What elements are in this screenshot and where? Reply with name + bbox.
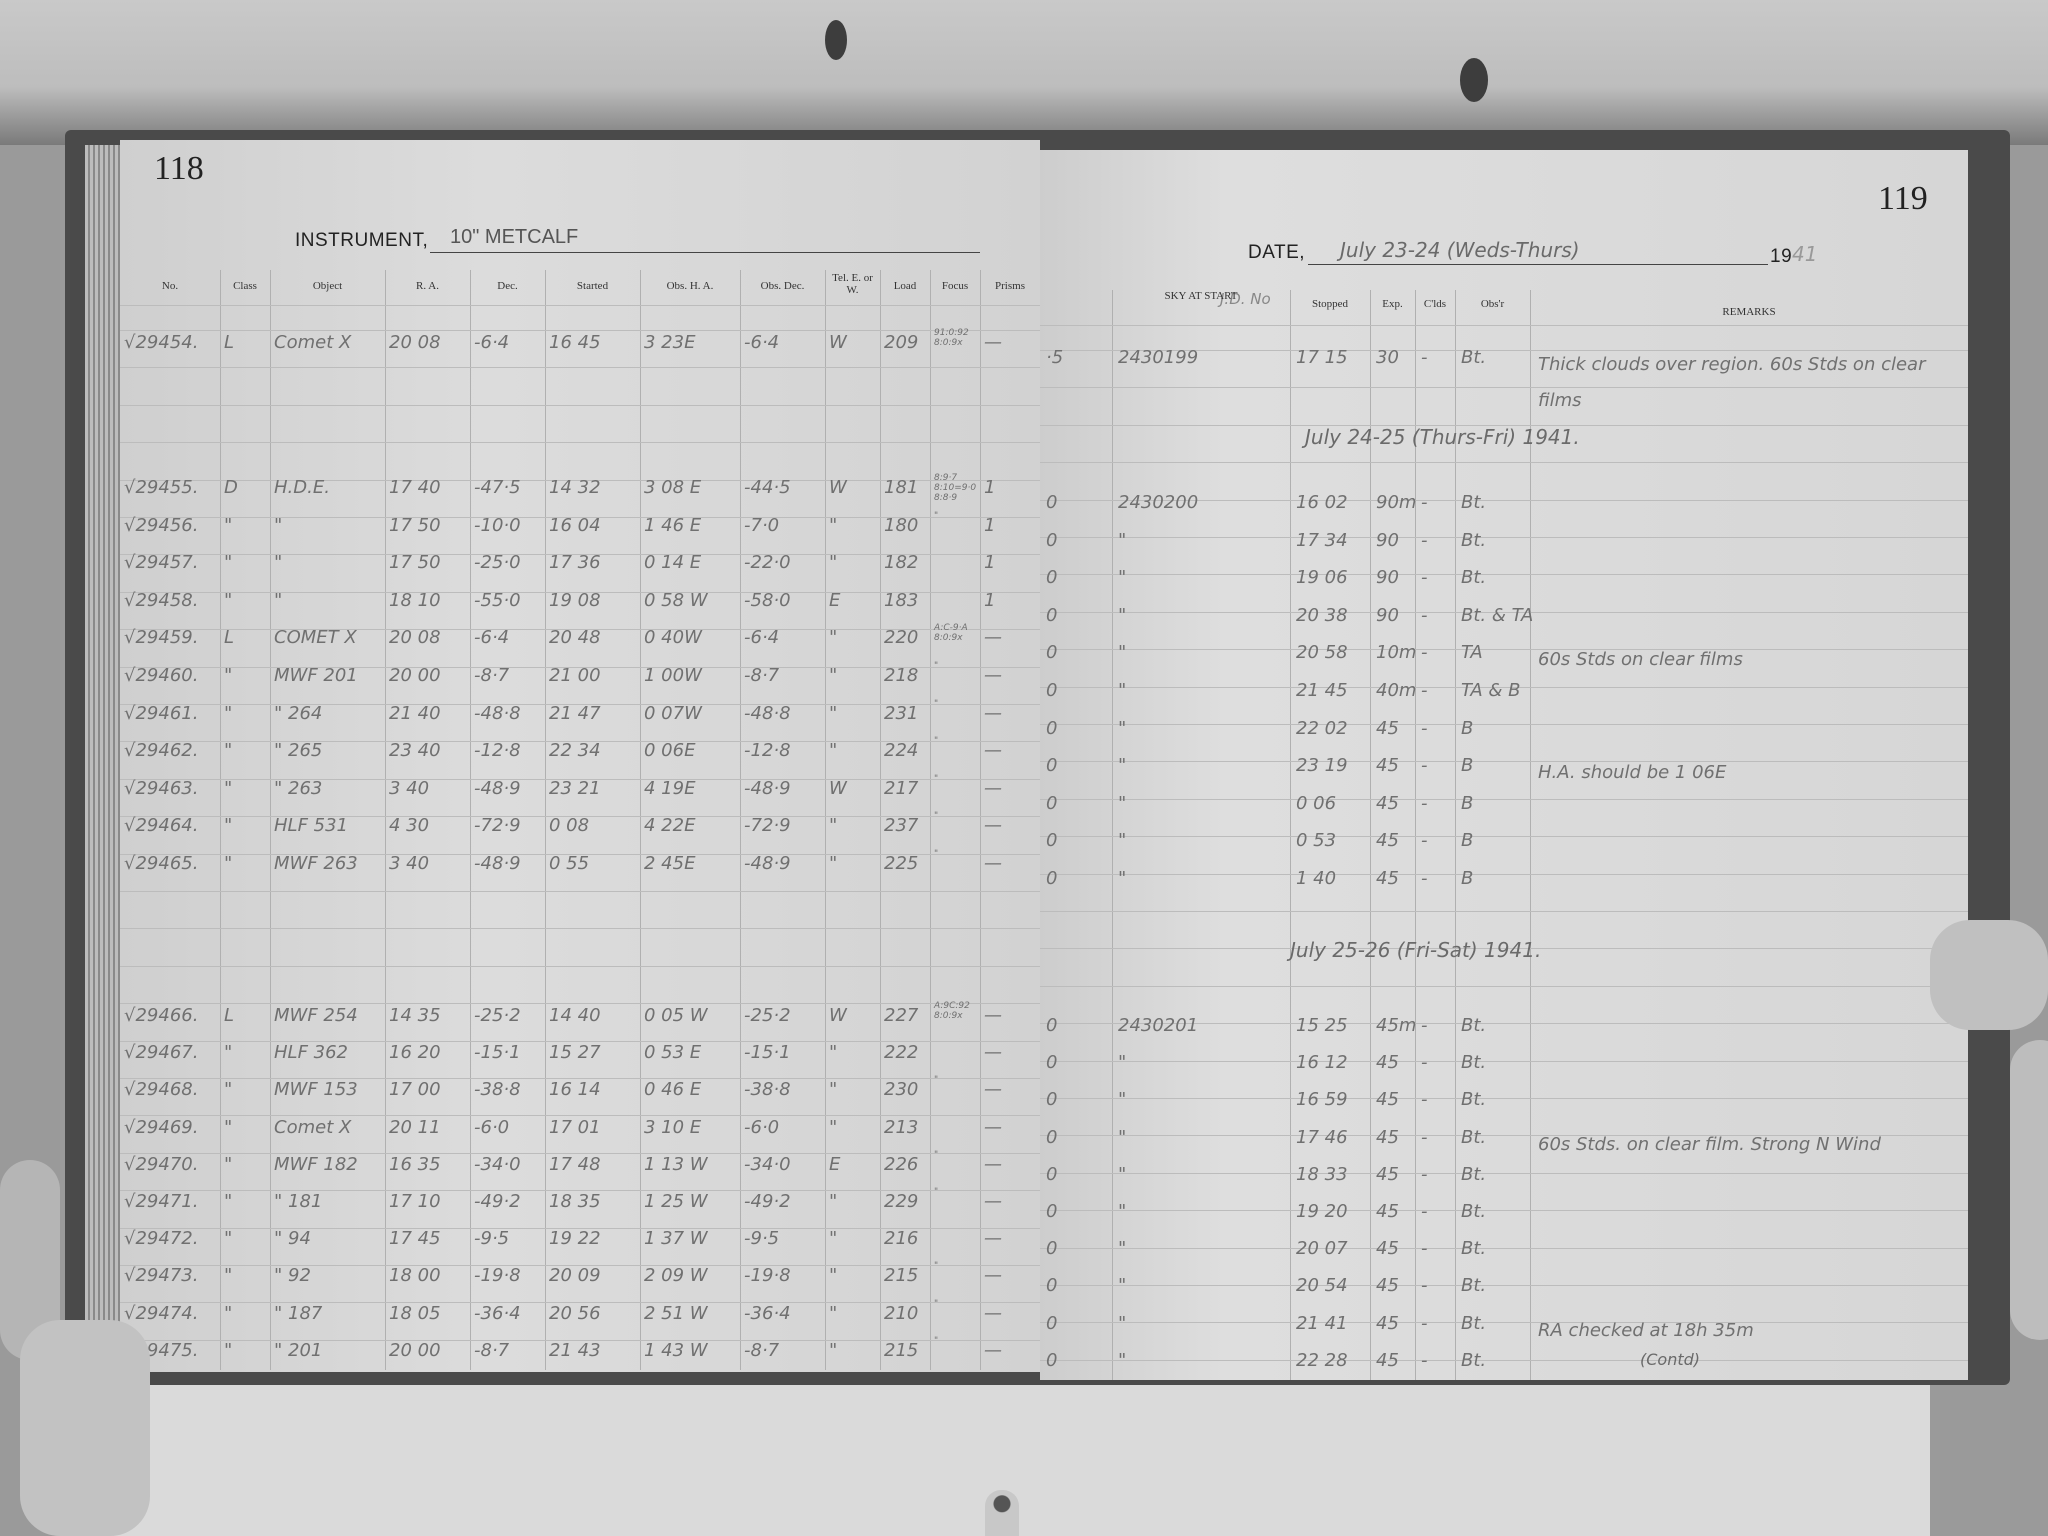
cell-no: √29471. (124, 1191, 218, 1212)
cell-no: √29464. (124, 815, 218, 836)
table-row: ·5243019917 1530-Bt.Thick clouds over re… (1040, 347, 1968, 377)
cell-stopped: 15 25 (1296, 1015, 1370, 1036)
table-row: 0"20 5810m-TA60s Stds on clear films (1040, 642, 1968, 672)
cell-load: 215 (884, 1340, 928, 1361)
right-page: 119 DATE, July 23-24 (Weds-Thurs) 19 41 … (1040, 150, 1968, 1380)
cell-object: MWF 153 (274, 1079, 383, 1100)
cell-class: L (224, 1005, 268, 1026)
cell-ra: 21 40 (389, 703, 468, 724)
table-row: 0"0 0645-B (1040, 793, 1968, 823)
cell-exp: 90m (1376, 492, 1415, 513)
cell-started: 16 04 (549, 515, 638, 536)
cell-jd: " (1118, 793, 1290, 814)
cell-class: L (224, 627, 268, 648)
column-header: Dec. (470, 280, 545, 292)
cell-sky: ·5 (1046, 347, 1112, 368)
cell-exp: 45 (1376, 718, 1415, 739)
table-row: √29456.""17 50-10·016 041 46 E-7·0"180"1 (120, 515, 1040, 545)
cell-ra: 17 00 (389, 1079, 468, 1100)
column-header: Stopped (1290, 298, 1370, 310)
cell-exp: 40m (1376, 680, 1415, 701)
cell-prisms: — (984, 778, 1038, 799)
cell-clds: - (1421, 1350, 1455, 1371)
cell-stopped: 17 34 (1296, 530, 1370, 551)
cell-jd: " (1118, 680, 1290, 701)
cell-prisms: 1 (984, 515, 1038, 536)
column-header: Focus (930, 280, 980, 292)
cell-ha: 2 09 W (644, 1265, 738, 1286)
cell-clds: - (1421, 1313, 1455, 1334)
cell-obsr: TA & B (1461, 680, 1530, 701)
cell-ra: 14 35 (389, 1005, 468, 1026)
cell-load: 237 (884, 815, 928, 836)
cell-started: 19 08 (549, 590, 638, 611)
column-header: Class (220, 280, 270, 292)
cell-obsr: Bt. (1461, 1127, 1530, 1148)
cell-clds: - (1421, 1164, 1455, 1185)
table-row: √29474."" 18718 05-36·420 562 51 W-36·4"… (120, 1303, 1040, 1333)
cell-tel: " (829, 552, 878, 573)
cell-remarks: Thick clouds over region. 60s Stds on cl… (1538, 347, 1958, 419)
cell-load: 222 (884, 1042, 928, 1063)
cell-started: 0 55 (549, 853, 638, 874)
table-row: √29473."" 9218 00-19·820 092 09 W-19·8"2… (120, 1265, 1040, 1295)
cell-started: 20 09 (549, 1265, 638, 1286)
cell-clds: - (1421, 1089, 1455, 1110)
table-row: 0"17 3490-Bt. (1040, 530, 1968, 560)
row-rule (120, 367, 1040, 368)
cell-sky: 0 (1046, 680, 1112, 701)
cell-sky: 0 (1046, 1238, 1112, 1259)
cell-exp: 45 (1376, 1275, 1415, 1296)
table-row: √29460."MWF 20120 00-8·721 001 00W-8·7"2… (120, 665, 1040, 695)
cell-clds: - (1421, 567, 1455, 588)
cell-tel: " (829, 1042, 878, 1063)
table-row: √29469."Comet X20 11-6·017 013 10 E-6·0"… (120, 1117, 1040, 1147)
page-number-right: 119 (1878, 180, 1928, 218)
table-row: 0"21 4145-Bt.RA checked at 18h 35m (1040, 1313, 1968, 1343)
cell-tel: " (829, 627, 878, 648)
cell-load: 180 (884, 515, 928, 536)
cell-stopped: 22 02 (1296, 718, 1370, 739)
cell-started: 22 34 (549, 740, 638, 761)
cell-no: √29458. (124, 590, 218, 611)
cell-clds: - (1421, 793, 1455, 814)
cell-class: " (224, 515, 268, 536)
cell-object: " 265 (274, 740, 383, 761)
cell-dec: -25·2 (474, 1005, 543, 1026)
cell-ha: 2 51 W (644, 1303, 738, 1324)
cell-object: MWF 201 (274, 665, 383, 686)
cell-obs-dec: -48·9 (744, 853, 823, 874)
cell-ha: 1 43 W (644, 1340, 738, 1361)
cell-jd: 2430201 (1118, 1015, 1290, 1036)
cell-focus: " (934, 1075, 978, 1085)
cell-class: " (224, 1042, 268, 1063)
cell-tel: " (829, 1117, 878, 1138)
cell-prisms: — (984, 332, 1038, 353)
page-number-left: 118 (154, 150, 204, 188)
cell-prisms: — (984, 1154, 1038, 1175)
column-header: C'lds (1415, 298, 1455, 310)
row-rule (1040, 986, 1968, 987)
date-heading: July 24-25 (Thurs-Fri) 1941. (1305, 425, 1580, 449)
cell-object: " 201 (274, 1340, 383, 1361)
table-row: √29458.""18 10-55·019 080 58 W-58·0E1831 (120, 590, 1040, 620)
table-row: 0"22 2845-Bt. (1040, 1350, 1968, 1380)
cell-obs-dec: -72·9 (744, 815, 823, 836)
cell-ra: 3 40 (389, 778, 468, 799)
cell-exp: 90 (1376, 567, 1415, 588)
cell-class: " (224, 552, 268, 573)
cell-no: √29472. (124, 1228, 218, 1249)
cell-exp: 45 (1376, 1238, 1415, 1259)
cell-no: √29467. (124, 1042, 218, 1063)
cell-load: 181 (884, 477, 928, 498)
row-rule (120, 966, 1040, 967)
table-row: √29455.DH.D.E.17 40-47·514 323 08 E-44·5… (120, 477, 1040, 507)
cell-object: " 92 (274, 1265, 383, 1286)
cell-focus: A:C-9·A 8:0:9x (934, 623, 978, 643)
cell-exp: 45 (1376, 1052, 1415, 1073)
row-rule (1040, 911, 1968, 912)
cell-stopped: 20 38 (1296, 605, 1370, 626)
cell-jd: 2430199 (1118, 347, 1290, 368)
cell-object: MWF 263 (274, 853, 383, 874)
cell-tel: " (829, 1303, 878, 1324)
cell-load: 227 (884, 1005, 928, 1026)
cell-clds: - (1421, 718, 1455, 739)
cell-stopped: 17 46 (1296, 1127, 1370, 1148)
cell-focus: 91:0:92 8:0:9x (934, 328, 978, 348)
table-row: √29457.""17 50-25·017 360 14 E-22·0"1821 (120, 552, 1040, 582)
cell-class: " (224, 740, 268, 761)
cell-jd: " (1118, 1089, 1290, 1110)
cell-focus: A:9C:92 8:0:9x (934, 1001, 978, 1021)
right-fingers (2010, 1040, 2048, 1340)
cell-exp: 45 (1376, 868, 1415, 889)
cell-focus: " (934, 511, 978, 521)
cell-clds: - (1421, 830, 1455, 851)
cell-ha: 0 07W (644, 703, 738, 724)
cell-obs-dec: -8·7 (744, 1340, 823, 1361)
cell-jd: " (1118, 1164, 1290, 1185)
cell-load: 229 (884, 1191, 928, 1212)
cell-sky: 0 (1046, 718, 1112, 739)
cell-obs-dec: -48·9 (744, 778, 823, 799)
cell-sky: 0 (1046, 1015, 1112, 1036)
cell-tel: " (829, 1191, 878, 1212)
cell-no: √29473. (124, 1265, 218, 1286)
cell-object: " 263 (274, 778, 383, 799)
cell-load: 218 (884, 665, 928, 686)
cell-tel: W (829, 1005, 878, 1026)
cell-remarks: 60s Stds on clear films (1538, 642, 1958, 678)
column-header: REMARKS (1530, 306, 1968, 318)
cell-obsr: B (1461, 868, 1530, 889)
cell-no: √29459. (124, 627, 218, 648)
cell-ha: 3 10 E (644, 1117, 738, 1138)
cell-obs-dec: -6·4 (744, 332, 823, 353)
cell-ha: 0 40W (644, 627, 738, 648)
cell-ra: 16 20 (389, 1042, 468, 1063)
page-edges (85, 145, 125, 1355)
cell-clds: - (1421, 680, 1455, 701)
cell-sky: 0 (1046, 755, 1112, 776)
cell-focus: " (934, 661, 978, 671)
cell-tel: " (829, 665, 878, 686)
cell-obs-dec: -7·0 (744, 515, 823, 536)
cell-ra: 20 00 (389, 665, 468, 686)
table-row: 0"18 3345-Bt. (1040, 1164, 1968, 1194)
wooden-shelf-background (0, 0, 2048, 145)
date-heading: July 25-26 (Fri-Sat) 1941. (1290, 938, 1541, 962)
cell-stopped: 18 33 (1296, 1164, 1370, 1185)
cell-focus: " (934, 1150, 978, 1160)
cell-clds: - (1421, 605, 1455, 626)
cell-ha: 4 22E (644, 815, 738, 836)
table-row: √29471."" 18117 10-49·218 351 25 W-49·2"… (120, 1191, 1040, 1221)
instrument-label: INSTRUMENT, (295, 230, 428, 252)
cell-jd: " (1118, 605, 1290, 626)
cell-prisms: — (984, 665, 1038, 686)
cell-prisms: — (984, 1265, 1038, 1286)
cell-load: 217 (884, 778, 928, 799)
column-header: Obs. H. A. (640, 280, 740, 292)
cell-started: 21 00 (549, 665, 638, 686)
cell-class: " (224, 1228, 268, 1249)
cell-ra: 17 45 (389, 1228, 468, 1249)
cell-no: √29470. (124, 1154, 218, 1175)
cell-ha: 0 06E (644, 740, 738, 761)
cell-remarks: H.A. should be 1 06E (1538, 755, 1958, 791)
cell-jd: " (1118, 1052, 1290, 1073)
cell-class: " (224, 778, 268, 799)
cell-sky: 0 (1046, 830, 1112, 851)
cell-no: √29456. (124, 515, 218, 536)
table-row: 0"23 1945-BH.A. should be 1 06E (1040, 755, 1968, 785)
cell-focus: " (934, 699, 978, 709)
cell-focus: " (934, 1299, 978, 1309)
cell-load: 215 (884, 1265, 928, 1286)
cell-prisms: — (984, 815, 1038, 836)
cell-jd: " (1118, 1238, 1290, 1259)
cell-no: √29469. (124, 1117, 218, 1138)
cell-sky: 0 (1046, 1164, 1112, 1185)
cell-dec: -72·9 (474, 815, 543, 836)
column-header: Object (270, 280, 385, 292)
column-header: Tel. E. or W. (825, 272, 880, 296)
cell-obs-dec: -38·8 (744, 1079, 823, 1100)
cell-sky: 0 (1046, 1275, 1112, 1296)
cell-dec: -48·9 (474, 853, 543, 874)
cell-started: 20 48 (549, 627, 638, 648)
row-rule (120, 891, 1040, 892)
cell-object: " 264 (274, 703, 383, 724)
cell-load: 230 (884, 1079, 928, 1100)
cell-tel: W (829, 778, 878, 799)
column-header: Prisms (980, 280, 1040, 292)
table-row: 0"20 5445-Bt. (1040, 1275, 1968, 1305)
cell-class: " (224, 665, 268, 686)
cell-load: 210 (884, 1303, 928, 1324)
cell-ha: 4 19E (644, 778, 738, 799)
table-row: 0"16 5945-Bt. (1040, 1089, 1968, 1119)
cell-clds: - (1421, 347, 1455, 368)
cell-obs-dec: -22·0 (744, 552, 823, 573)
cell-obs-dec: -34·0 (744, 1154, 823, 1175)
cell-tel: " (829, 1079, 878, 1100)
cell-stopped: 20 58 (1296, 642, 1370, 663)
cell-clds: - (1421, 755, 1455, 776)
cell-stopped: 19 20 (1296, 1201, 1370, 1222)
cell-no: √29468. (124, 1079, 218, 1100)
cell-prisms: — (984, 627, 1038, 648)
cell-dec: -15·1 (474, 1042, 543, 1063)
cell-no: √29462. (124, 740, 218, 761)
cell-clds: - (1421, 1015, 1455, 1036)
cell-sky: 0 (1046, 567, 1112, 588)
cell-obs-dec: -8·7 (744, 665, 823, 686)
cell-clds: - (1421, 1127, 1455, 1148)
cell-obsr: B (1461, 830, 1530, 851)
cell-jd: 2430200 (1118, 492, 1290, 513)
cell-obs-dec: -58·0 (744, 590, 823, 611)
cell-obsr: Bt. (1461, 1052, 1530, 1073)
cell-ra: 4 30 (389, 815, 468, 836)
cell-ra: 20 08 (389, 332, 468, 353)
cell-tel: " (829, 1228, 878, 1249)
table-row: √29461."" 26421 40-48·821 470 07W-48·8"2… (120, 703, 1040, 733)
cell-started: 21 47 (549, 703, 638, 724)
cell-obsr: Bt. (1461, 530, 1530, 551)
cell-exp: 45 (1376, 1201, 1415, 1222)
cell-exp: 10m (1376, 642, 1415, 663)
cell-stopped: 21 41 (1296, 1313, 1370, 1334)
table-row: 0"19 0690-Bt. (1040, 567, 1968, 597)
column-header: Exp. (1370, 298, 1415, 310)
cell-exp: 45m (1376, 1015, 1415, 1036)
cell-remarks: 60s Stds. on clear film. Strong N Wind (1538, 1127, 1958, 1163)
cell-object: HLF 362 (274, 1042, 383, 1063)
cell-prisms: 1 (984, 552, 1038, 573)
cell-started: 15 27 (549, 1042, 638, 1063)
cell-ha: 1 46 E (644, 515, 738, 536)
cell-ra: 16 35 (389, 1154, 468, 1175)
cell-prisms: 1 (984, 477, 1038, 498)
table-row: √29463."" 2633 40-48·923 214 19E-48·9W21… (120, 778, 1040, 808)
cell-load: 213 (884, 1117, 928, 1138)
cell-started: 17 36 (549, 552, 638, 573)
cell-obsr: Bt. & TA (1461, 605, 1530, 626)
cell-no: √29461. (124, 703, 218, 724)
cell-focus: 8:9·7 8:10=9·0 8:8·9 (934, 473, 978, 503)
cell-jd: " (1118, 530, 1290, 551)
cell-ra: 20 11 (389, 1117, 468, 1138)
table-row: 0"1 4045-B (1040, 868, 1968, 898)
cell-clds: - (1421, 1201, 1455, 1222)
table-row: 0"19 2045-Bt. (1040, 1201, 1968, 1231)
year-suffix: 41 (1792, 242, 1817, 266)
cell-ha: 1 13 W (644, 1154, 738, 1175)
cell-obs-dec: -48·8 (744, 703, 823, 724)
cell-obsr: B (1461, 718, 1530, 739)
cell-clds: - (1421, 1052, 1455, 1073)
cell-jd: " (1118, 642, 1290, 663)
cell-load: 220 (884, 627, 928, 648)
cell-jd: " (1118, 830, 1290, 851)
cell-tel: " (829, 740, 878, 761)
table-row: 0"16 1245-Bt. (1040, 1052, 1968, 1082)
cell-ra: 3 40 (389, 853, 468, 874)
cell-stopped: 16 59 (1296, 1089, 1370, 1110)
cell-focus: " (934, 1336, 978, 1346)
cell-jd: " (1118, 755, 1290, 776)
cell-tel: " (829, 1340, 878, 1361)
cell-load: 224 (884, 740, 928, 761)
cell-focus: " (934, 811, 978, 821)
cell-ra: 20 00 (389, 1340, 468, 1361)
cell-ha: 0 05 W (644, 1005, 738, 1026)
cell-tel: " (829, 853, 878, 874)
cell-exp: 45 (1376, 1127, 1415, 1148)
cell-class: " (224, 1303, 268, 1324)
cell-stopped: 21 45 (1296, 680, 1370, 701)
cell-dec: -38·8 (474, 1079, 543, 1100)
cell-obsr: Bt. (1461, 1015, 1530, 1036)
cell-prisms: — (984, 1191, 1038, 1212)
cell-started: 14 40 (549, 1005, 638, 1026)
table-row: √29466.LMWF 25414 35-25·214 400 05 W-25·… (120, 1005, 1040, 1035)
table-row: √29472."" 9417 45-9·519 221 37 W-9·5"216… (120, 1228, 1040, 1258)
cell-class: " (224, 703, 268, 724)
cell-dec: -34·0 (474, 1154, 543, 1175)
cell-ra: 18 10 (389, 590, 468, 611)
cell-stopped: 0 06 (1296, 793, 1370, 814)
cell-obs-dec: -19·8 (744, 1265, 823, 1286)
cell-no: √29465. (124, 853, 218, 874)
cell-focus: " (934, 849, 978, 859)
table-row: √29467."HLF 36216 20-15·115 270 53 E-15·… (120, 1042, 1040, 1072)
cell-object: COMET X (274, 627, 383, 648)
cell-stopped: 19 06 (1296, 567, 1370, 588)
cell-sky: 0 (1046, 492, 1112, 513)
table-row: 0"17 4645-Bt.60s Stds. on clear film. St… (1040, 1127, 1968, 1157)
cell-jd: " (1118, 1350, 1290, 1371)
cell-jd: " (1118, 868, 1290, 889)
cell-class: " (224, 1117, 268, 1138)
cell-class: " (224, 1265, 268, 1286)
cell-ra: 17 50 (389, 515, 468, 536)
date-label: DATE, (1248, 242, 1305, 264)
cell-stopped: 17 15 (1296, 347, 1370, 368)
cell-ra: 17 50 (389, 552, 468, 573)
cell-obsr: Bt. (1461, 567, 1530, 588)
cell-prisms: — (984, 1117, 1038, 1138)
cell-stopped: 22 28 (1296, 1350, 1370, 1371)
cell-object: " (274, 590, 383, 611)
cell-class: " (224, 1079, 268, 1100)
column-header: SKY AT START (1112, 290, 1290, 302)
cell-prisms: — (984, 1079, 1038, 1100)
cell-obsr: Bt. (1461, 1164, 1530, 1185)
cell-obsr: Bt. (1461, 347, 1530, 368)
cell-obsr: Bt. (1461, 1089, 1530, 1110)
cell-ra: 17 40 (389, 477, 468, 498)
year-prefix: 19 (1770, 246, 1792, 268)
cell-started: 17 48 (549, 1154, 638, 1175)
cell-load: 183 (884, 590, 928, 611)
